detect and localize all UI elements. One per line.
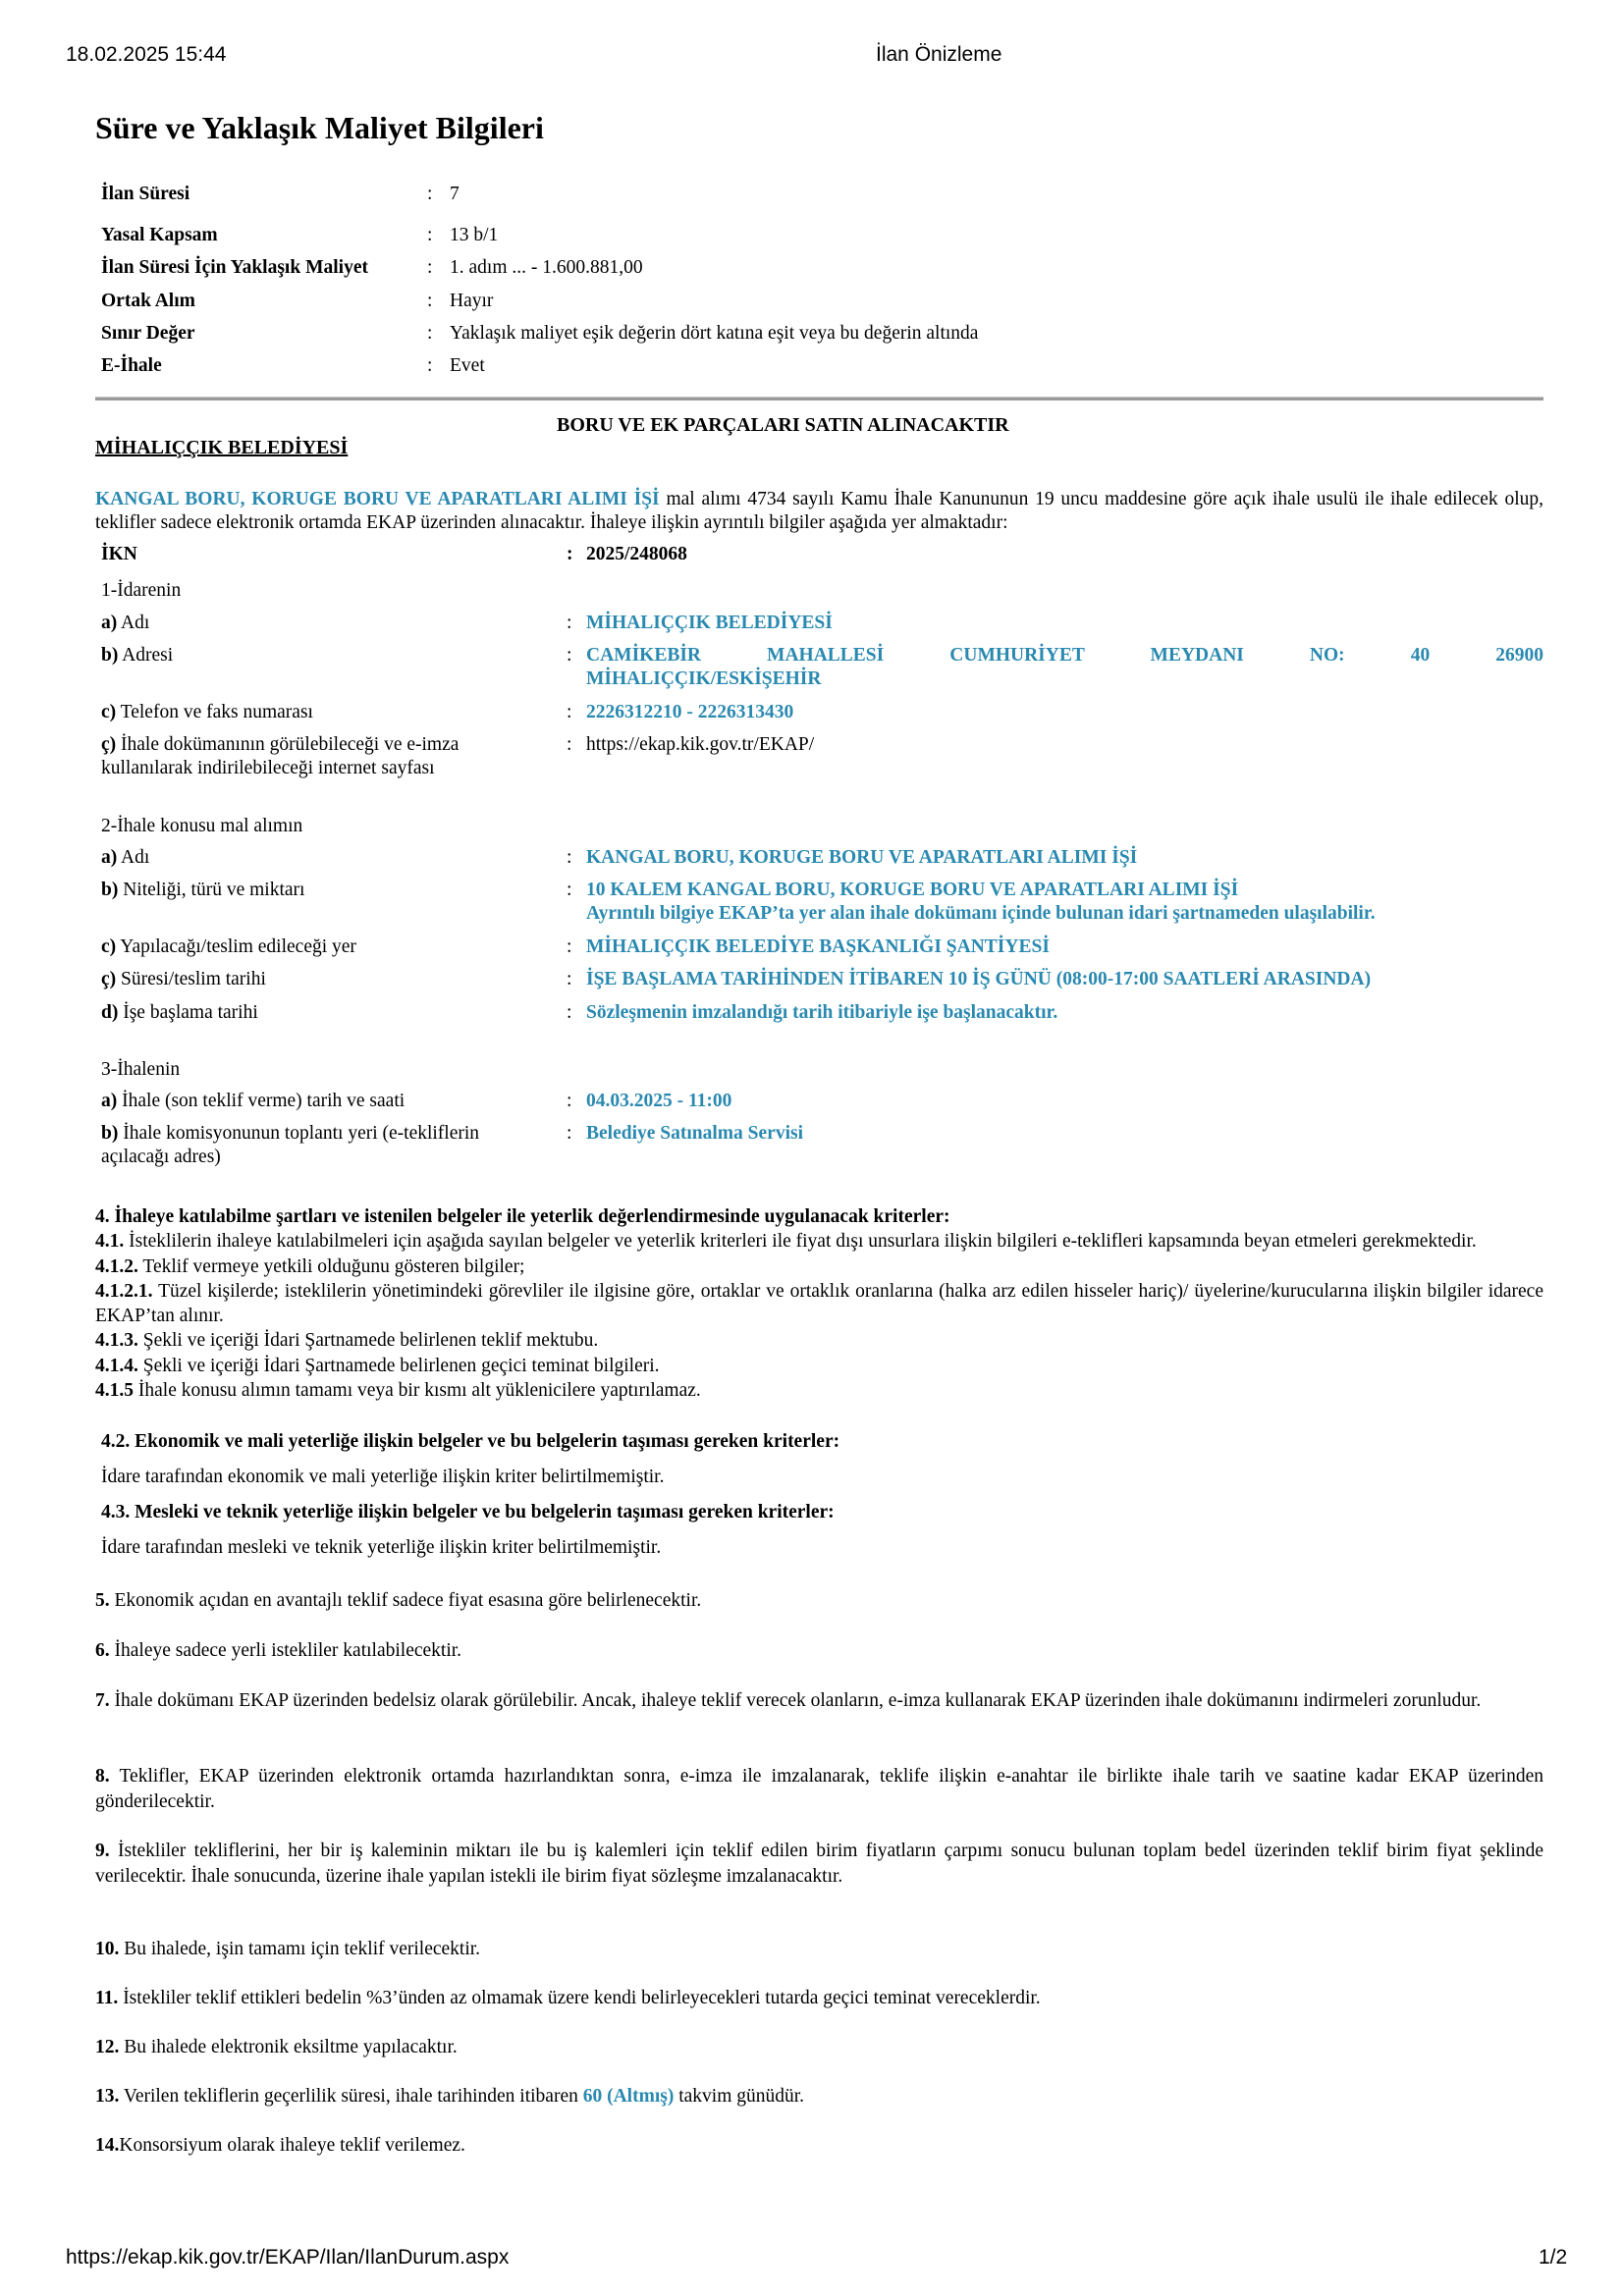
separator: :	[567, 935, 571, 959]
clause: 9. İstekliler tekliflerini, her bir iş k…	[95, 1839, 1543, 1890]
clause: 7. İhale dokümanı EKAP üzerinden bedelsi…	[95, 1688, 1543, 1714]
meta-value: Yaklaşık maliyet eşik değerin dört katın…	[450, 322, 978, 346]
separator: :	[427, 183, 432, 206]
clause: 14.Konsorsiyum olarak ihaleye teklif ver…	[95, 2134, 1543, 2158]
print-footer-url: https://ekap.kik.gov.tr/EKAP/Ilan/IlanDu…	[66, 2246, 509, 2269]
info-value: Sözleşmenin imzalandığı tarih itibariyle…	[586, 1001, 1543, 1025]
meta-label: Yasal Kapsam	[101, 224, 218, 247]
section-title-text: 2-İhale konusu mal alımın	[101, 816, 302, 836]
subject-title: BORU VE EK PARÇALARI SATIN ALINACAKTIR	[557, 413, 1009, 437]
criteria-item: 4.1.5 İhale konusu alımın tamamı veya bi…	[95, 1378, 1543, 1403]
meta-value: 13 b/1	[450, 224, 498, 247]
horizontal-divider	[95, 397, 1543, 400]
section-title: 1-İdarenin	[101, 579, 1543, 603]
info-label: a) İhale (son teklif verme) tarih ve saa…	[101, 1090, 553, 1113]
section-title-text: 3-İhalenin	[101, 1059, 180, 1080]
meta-value: 7	[450, 183, 460, 206]
section-title-text: 1-İdarenin	[101, 580, 181, 601]
info-value: 04.03.2025 - 11:00	[586, 1090, 1543, 1113]
separator: :	[567, 846, 571, 870]
criteria-item: 4.1.4. Şekli ve içeriği İdari Şartnamede…	[95, 1354, 1543, 1378]
meta-label: Ortak Alım	[101, 290, 195, 313]
technical-criteria-title: 4.3. Mesleki ve teknik yeterliğe ilişkin…	[101, 1501, 1549, 1524]
clause: 10. Bu ihalede, işin tamamı için teklif …	[95, 1938, 1543, 1961]
print-datetime: 18.02.2025 15:44	[66, 43, 227, 67]
criteria-item: 4.1. İsteklilerin ihaleye katılabilmeler…	[95, 1229, 1543, 1254]
info-label: ç) Süresi/teslim tarihi	[101, 968, 553, 991]
clause: 13. Verilen tekliflerin geçerlilik süres…	[95, 2085, 1543, 2109]
meta-label: İlan Süresi İçin Yaklaşık Maliyet	[101, 256, 368, 280]
info-value: Belediye Satınalma Servisi	[586, 1122, 1543, 1146]
clause: 5. Ekonomik açıdan en avantajlı teklif s…	[95, 1589, 1543, 1613]
separator: :	[427, 224, 432, 247]
separator: :	[567, 1001, 571, 1025]
print-page-number: 1/2	[1539, 2246, 1567, 2269]
section-eligibility: 4. İhaleye katılabilme şartları ve isten…	[95, 1204, 1543, 1403]
intro-paragraph: KANGAL BORU, KORUGE BORU VE APARATLARI A…	[95, 488, 1543, 535]
technical-criteria-text: İdare tarafından mesleki ve teknik yeter…	[101, 1536, 1549, 1560]
info-value: 2226312210 - 2226313430	[586, 701, 1543, 724]
info-label: d) İşe başlama tarihi	[101, 1001, 553, 1025]
info-value: 10 KALEM KANGAL BORU, KORUGE BORU VE APA…	[586, 879, 1543, 926]
clause: 8. Teklifler, EKAP üzerinden elektronik …	[95, 1764, 1543, 1815]
section-title: 3-İhalenin	[101, 1058, 1543, 1082]
page-heading: Süre ve Yaklaşık Maliyet Bilgileri	[95, 108, 544, 147]
separator: :	[567, 1090, 571, 1113]
meta-value: Evet	[450, 354, 485, 378]
clause: 6. İhaleye sadece yerli istekliler katıl…	[95, 1639, 1543, 1663]
clause: 11. İstekliler teklif ettikleri bedelin …	[95, 1987, 1543, 2010]
meta-value: Hayır	[450, 290, 493, 313]
separator: :	[427, 290, 432, 313]
meta-label: E-İhale	[101, 354, 162, 378]
meta-label: İlan Süresi	[101, 183, 189, 206]
separator: :	[567, 543, 573, 566]
info-value: İŞE BAŞLAMA TARİHİNDEN İTİBAREN 10 İŞ GÜ…	[586, 968, 1543, 991]
info-label: c) Telefon ve faks numarası	[101, 701, 553, 724]
info-label: c) Yapılacağı/teslim edileceği yer	[101, 935, 553, 959]
info-label: b) İhale komisyonunun toplantı yeri (e-t…	[101, 1122, 553, 1169]
tender-name-highlight: KANGAL BORU, KORUGE BORU VE APARATLARI A…	[95, 489, 660, 509]
clause: 12. Bu ihalede elektronik eksiltme yapıl…	[95, 2036, 1543, 2059]
separator: :	[427, 354, 432, 378]
section-4-title: 4. İhaleye katılabilme şartları ve isten…	[95, 1204, 1543, 1229]
info-value: MİHALIÇÇIK BELEDİYE BAŞKANLIĞI ŞANTİYESİ	[586, 935, 1543, 959]
meta-value: 1. adım ... - 1.600.881,00	[450, 256, 643, 280]
separator: :	[567, 701, 571, 724]
info-value: CAMİKEBİR MAHALLESİ CUMHURİYET MEYDANI N…	[586, 644, 1543, 691]
ikn-value: 2025/248068	[586, 543, 1543, 566]
separator: :	[427, 322, 432, 346]
section-title: 2-İhale konusu mal alımın	[101, 815, 1543, 838]
separator: :	[427, 256, 432, 280]
info-label: a) Adı	[101, 846, 553, 870]
ikn-label: İKN	[101, 543, 553, 566]
separator: :	[567, 879, 571, 902]
separator: :	[567, 1122, 571, 1146]
separator: :	[567, 968, 571, 991]
info-label: ç) İhale dokümanının görülebileceği ve e…	[101, 733, 553, 780]
economic-criteria-text: İdare tarafından ekonomik ve mali yeterl…	[101, 1466, 1549, 1489]
info-value: KANGAL BORU, KORUGE BORU VE APARATLARI A…	[586, 846, 1543, 870]
criteria-item: 4.1.2.1. Tüzel kişilerde; isteklilerin y…	[95, 1279, 1543, 1329]
separator: :	[567, 644, 571, 667]
ekap-link[interactable]: https://ekap.kik.gov.tr/EKAP/	[586, 733, 1543, 757]
info-label: b) Niteliği, türü ve miktarı	[101, 879, 553, 902]
info-label: b) Adresi	[101, 644, 553, 667]
separator: :	[567, 733, 571, 757]
economic-criteria-title: 4.2. Ekonomik ve mali yeterliğe ilişkin …	[101, 1430, 1549, 1454]
info-label: a) Adı	[101, 612, 553, 635]
print-page-title: İlan Önizleme	[876, 43, 1001, 67]
economic-criteria: 4.2. Ekonomik ve mali yeterliğe ilişkin …	[101, 1430, 1549, 1489]
administration-name: MİHALIÇÇIK BELEDİYESİ	[95, 436, 348, 459]
validity-period-highlight: 60 (Altmış)	[583, 2086, 675, 2107]
info-value: MİHALIÇÇIK BELEDİYESİ	[586, 612, 1543, 635]
technical-criteria: 4.3. Mesleki ve teknik yeterliğe ilişkin…	[101, 1501, 1549, 1560]
meta-label: Sınır Değer	[101, 322, 195, 346]
criteria-item: 4.1.3. Şekli ve içeriği İdari Şartnamede…	[95, 1328, 1543, 1353]
criteria-item: 4.1.2. Teklif vermeye yetkili olduğunu g…	[95, 1255, 1543, 1279]
separator: :	[567, 612, 571, 635]
